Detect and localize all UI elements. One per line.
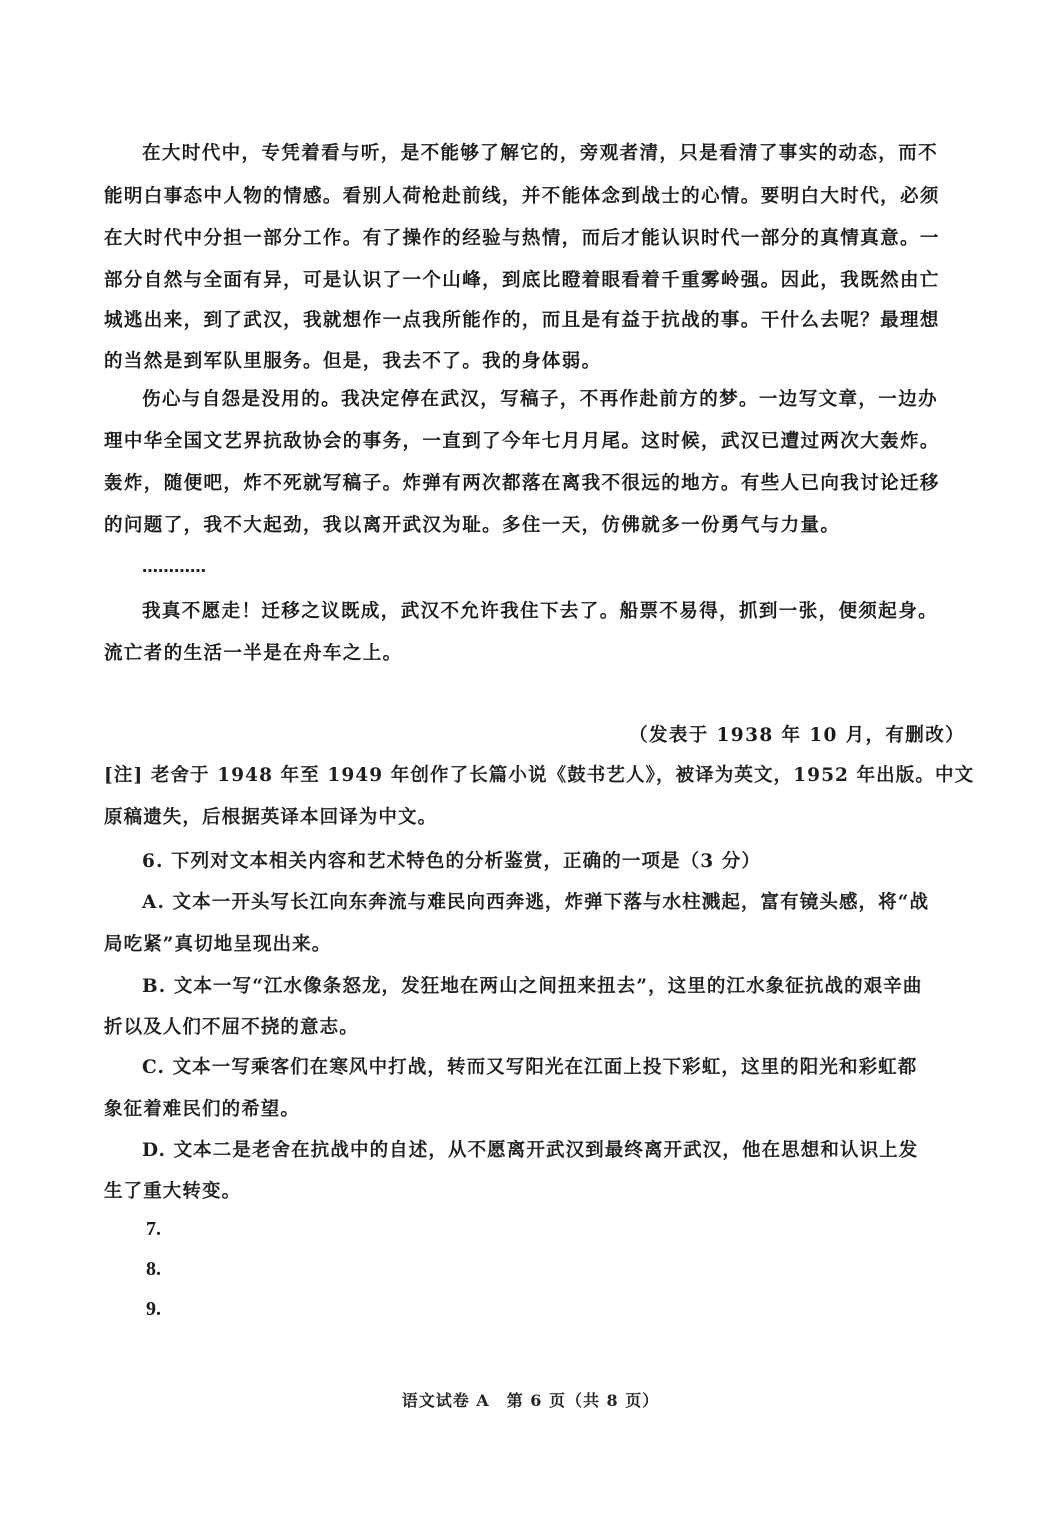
text-line: 折以及人们不屈不挠的意志。 bbox=[104, 1013, 359, 1039]
text-line: 原稿遗失，后根据英译本回译为中文。 bbox=[104, 803, 437, 829]
text-line: 生了重大转变。 bbox=[104, 1177, 241, 1203]
text-line: B. 文本一写“江水像条怒龙，发狂地在两山之间扭来扭去”，这里的江水象征抗战的艰… bbox=[142, 972, 923, 998]
page-footer: 语文试卷 A 第 6 页（共 8 页） bbox=[0, 1388, 1061, 1411]
text-line: D. 文本二是老舍在抗战中的自述，从不愿离开武汉到最终离开武汉，他在思想和认识上… bbox=[142, 1136, 918, 1162]
text-line: 在大时代中分担一部分工作。有了操作的经验与热情，而后才能认识时代一部分的真情真意… bbox=[104, 224, 940, 250]
text-line: 的当然是到军队里服务。但是，我去不了。我的身体弱。 bbox=[104, 347, 602, 373]
text-line: 理中华全国文艺界抗敌协会的事务，一直到了今年七月月尾。这时候，武汉已遭过两次大轰… bbox=[104, 427, 940, 453]
text-line: 象征着难民们的希望。 bbox=[104, 1095, 300, 1121]
text-line: C. 文本一写乘客们在寒风中打战，转而又写阳光在江面上投下彩虹，这里的阳光和彩虹… bbox=[142, 1053, 917, 1079]
text-line: 能明白事态中人物的情感。看别人荷枪赴前线，并不能体念到战士的心情。要明白大时代，… bbox=[104, 182, 940, 208]
omission-ellipsis: ………… bbox=[142, 557, 206, 576]
text-line: A. 文本一开头写长江向东奔流与难民向西奔逃，炸弹下落与水柱溅起，富有镜头感，将… bbox=[142, 888, 929, 914]
question-8-number: 8. bbox=[146, 1258, 161, 1281]
source-citation: （发表于 1938 年 10 月，有删改） bbox=[629, 721, 965, 747]
text-line: 伤心与自怨是没用的。我决定停在武汉，写稿子，不再作赴前方的梦。一边写文章，一边办 bbox=[142, 385, 938, 411]
exam-page: 在大时代中，专凭着看与听，是不能够了解它的，旁观者清，只是看清了事实的动态，而不… bbox=[0, 0, 1061, 1516]
text-line: 局吃紧”真切地呈现出来。 bbox=[104, 930, 331, 956]
text-line: 城逃出来，到了武汉，我就想作一点我所能作的，而且是有益于抗战的事。干什么去呢？最… bbox=[104, 306, 940, 332]
text-line: 部分自然与全面有异，可是认识了一个山峰，到底比瞪着眼看着千重雾岭强。因此，我既然… bbox=[104, 266, 940, 292]
text-line: 的问题了，我不大起劲，我以离开武汉为耻。多住一天，仿佛就多一份勇气与力量。 bbox=[104, 511, 840, 537]
text-line: 流亡者的生活一半是在舟车之上。 bbox=[104, 639, 403, 665]
text-line: 在大时代中，专凭着看与听，是不能够了解它的，旁观者清，只是看清了事实的动态，而不 bbox=[142, 139, 938, 165]
text-line: [注] 老舍于 1948 年至 1949 年创作了长篇小说《鼓书艺人》，被译为英… bbox=[104, 761, 974, 787]
question-9-number: 9. bbox=[146, 1298, 161, 1321]
question-stem: 6. 下列对文本相关内容和艺术特色的分析鉴赏，正确的一项是（3 分） bbox=[142, 847, 761, 873]
text-line: 轰炸，随便吧，炸不死就写稿子。炸弹有两次都落在离我不很远的地方。有些人已向我讨论… bbox=[104, 469, 940, 495]
text-line: 我真不愿走！迁移之议既成，武汉不允许我住下去了。船票不易得，抓到一张，便须起身。 bbox=[142, 597, 938, 623]
question-7-number: 7. bbox=[146, 1218, 161, 1241]
